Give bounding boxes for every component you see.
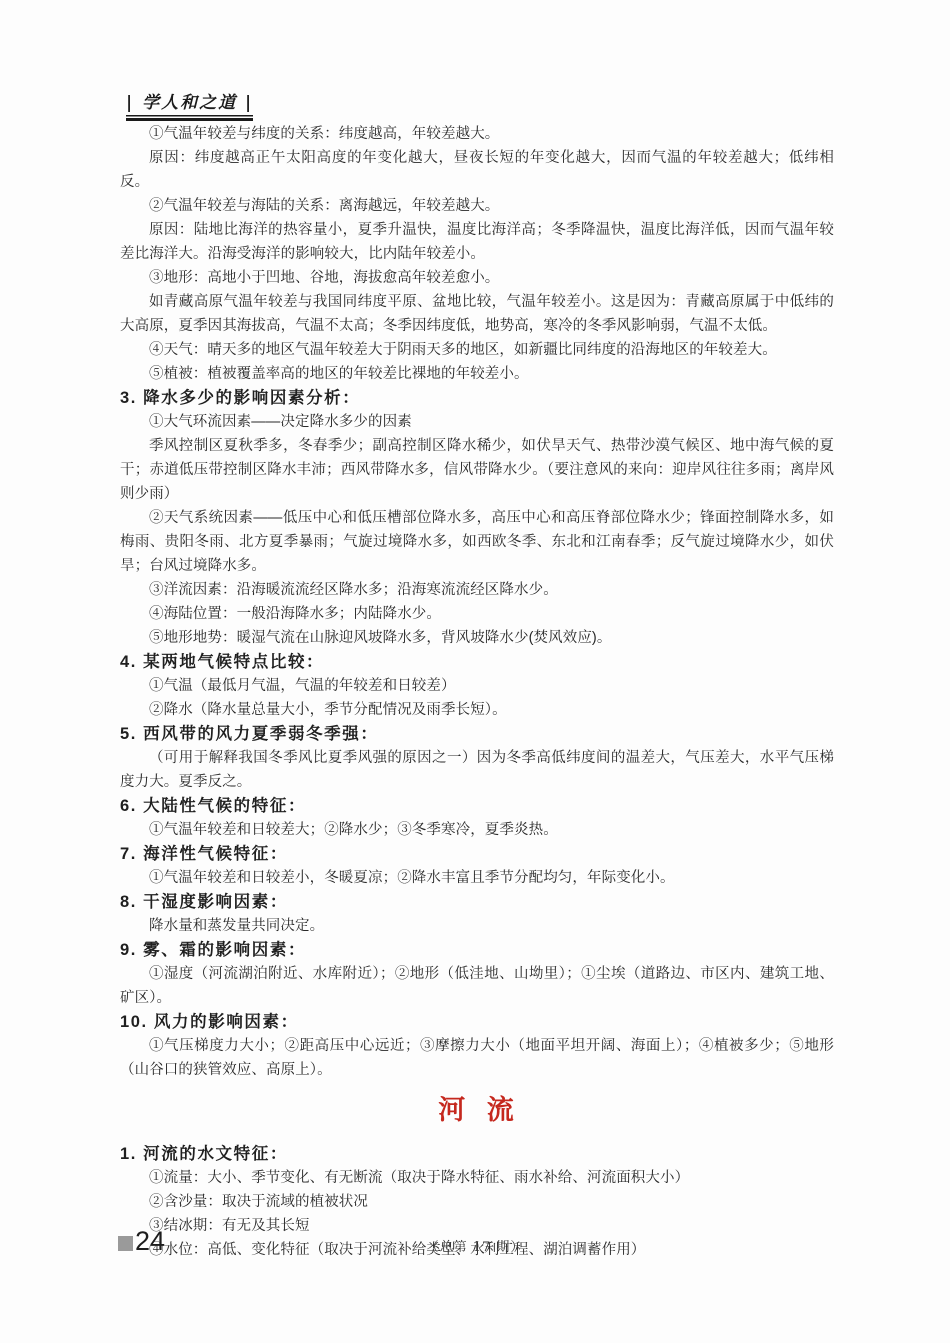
paragraph-line: ②含沙量：取决于流域的植被状况	[120, 1190, 834, 1214]
paragraph-line: 原因：纬度越高正午太阳高度的年变化越大，昼夜长短的年变化越大，因而气温的年较差越…	[120, 146, 834, 194]
paragraph-line: ③地形：高地小于凹地、谷地，海拔愈高年较差愈小。	[120, 266, 834, 290]
section-heading: 6. 大陆性气候的特征：	[120, 794, 834, 818]
section-heading: 4. 某两地气候特点比较：	[120, 650, 834, 674]
masthead-underline	[126, 115, 253, 121]
paragraph-line: 季风控制区夏秋季多，冬春季少；副高控制区降水稀少，如伏旱天气、热带沙漠气候区、地…	[120, 434, 834, 506]
paragraph-line: ①气温（最低月气温，气温的年较差和日较差）	[120, 674, 834, 698]
paragraph-line: ②气温年较差与海陆的关系：离海越远，年较差越大。	[120, 194, 834, 218]
paragraph-line: ①气温年较差与纬度的关系：纬度越高，年较差越大。	[120, 122, 834, 146]
footer-issue-label: （总第 17 期）	[0, 1236, 950, 1255]
paragraph-line: ①气温年较差和日较差大；②降水少；③冬季寒冷，夏季炎热。	[120, 818, 834, 842]
scanned-book-page: | 学人和之道 | ①气温年较差与纬度的关系：纬度越高，年较差越大。原因：纬度越…	[0, 0, 950, 1343]
paragraph-line: 原因：陆地比海洋的热容量小，夏季升温快，温度比海洋高；冬季降温快，温度比海洋低，…	[120, 218, 834, 266]
document-body: ①气温年较差与纬度的关系：纬度越高，年较差越大。原因：纬度越高正午太阳高度的年变…	[120, 122, 834, 1262]
paragraph-line: ⑤地形地势：暖湿气流在山脉迎风坡降水多，背风坡降水少(焚风效应)。	[120, 626, 834, 650]
section-heading: 5. 西风带的风力夏季弱冬季强：	[120, 722, 834, 746]
paragraph-line: ④海陆位置：一般沿海降水多；内陆降水少。	[120, 602, 834, 626]
section-heading: 9. 雾、霜的影响因素：	[120, 938, 834, 962]
paragraph-line: ④天气：晴天多的地区气温年较差大于阴雨天多的地区，如新疆比同纬度的沿海地区的年较…	[120, 338, 834, 362]
paragraph-line: ①湿度（河流湖泊附近、水库附近）；②地形（低洼地、山坳里）；①尘埃（道路边、市区…	[120, 962, 834, 1010]
paragraph-line: ②降水（降水量总量大小，季节分配情况及雨季长短）。	[120, 698, 834, 722]
section-heading: 7. 海洋性气候特征：	[120, 842, 834, 866]
paragraph-line: ①大气环流因素——决定降水多少的因素	[120, 410, 834, 434]
paragraph-line: 降水量和蒸发量共同决定。	[120, 914, 834, 938]
paragraph-line: （可用于解释我国冬季风比夏季风强的原因之一）因为冬季高低纬度间的温差大，气压差大…	[120, 746, 834, 794]
paragraph-line: ②天气系统因素——低压中心和低压槽部位降水多，高压中心和高压脊部位降水少；锋面控…	[120, 506, 834, 578]
paragraph-line: ⑤植被：植被覆盖率高的地区的年较差比裸地的年较差小。	[120, 362, 834, 386]
paragraph-line: ③洋流因素：沿海暖流流经区降水多；沿海寒流流经区降水少。	[120, 578, 834, 602]
section-heading: 8. 干湿度影响因素：	[120, 890, 834, 914]
paragraph-line: 如青藏高原气温年较差与我国同纬度平原、盆地比较，气温年较差小。这是因为：青藏高原…	[120, 290, 834, 338]
masthead-brand: | 学人和之道 |	[126, 88, 253, 121]
masthead-brand-label: | 学人和之道 |	[126, 88, 253, 113]
paragraph-line: ③结冰期：有无及其长短	[120, 1214, 834, 1238]
paragraph-line: ①流量：大小、季节变化、有无断流（取决于降水特征、雨水补给、河流面积大小）	[120, 1166, 834, 1190]
paragraph-line: ①气温年较差和日较差小，冬暖夏凉；②降水丰富且季节分配均匀，年际变化小。	[120, 866, 834, 890]
section-heading: 10. 风力的影响因素：	[120, 1010, 834, 1034]
paragraph-line: ①气压梯度力大小；②距高压中心远近；③摩擦力大小（地面平坦开阔、海面上）；④植被…	[120, 1034, 834, 1082]
chapter-title: 河 流	[120, 1092, 834, 1128]
section-heading: 1. 河流的水文特征：	[120, 1142, 834, 1166]
section-heading: 3. 降水多少的影响因素分析：	[120, 386, 834, 410]
